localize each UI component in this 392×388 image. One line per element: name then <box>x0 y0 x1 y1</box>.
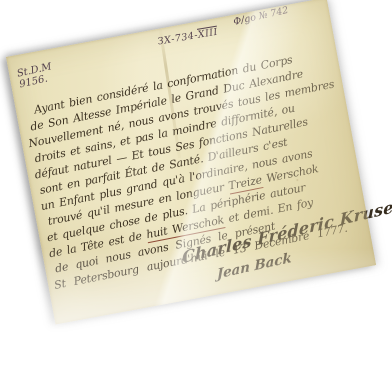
archive-number-right: Ф/go № 742 <box>232 5 289 28</box>
archive-number-center-roman: XIII <box>197 27 219 41</box>
archive-stamp-left: St.D.M 9156. <box>16 61 55 90</box>
photo-fade-mask: St.D.M 9156. ЗХ-734-XIII Ф/go № 742 Ayan… <box>0 0 392 388</box>
archive-number-center: ЗХ-734-XIII <box>157 27 219 48</box>
archive-number-center-digits: ЗХ-734- <box>157 30 199 48</box>
letter-paper: St.D.M 9156. ЗХ-734-XIII Ф/go № 742 Ayan… <box>6 0 376 324</box>
